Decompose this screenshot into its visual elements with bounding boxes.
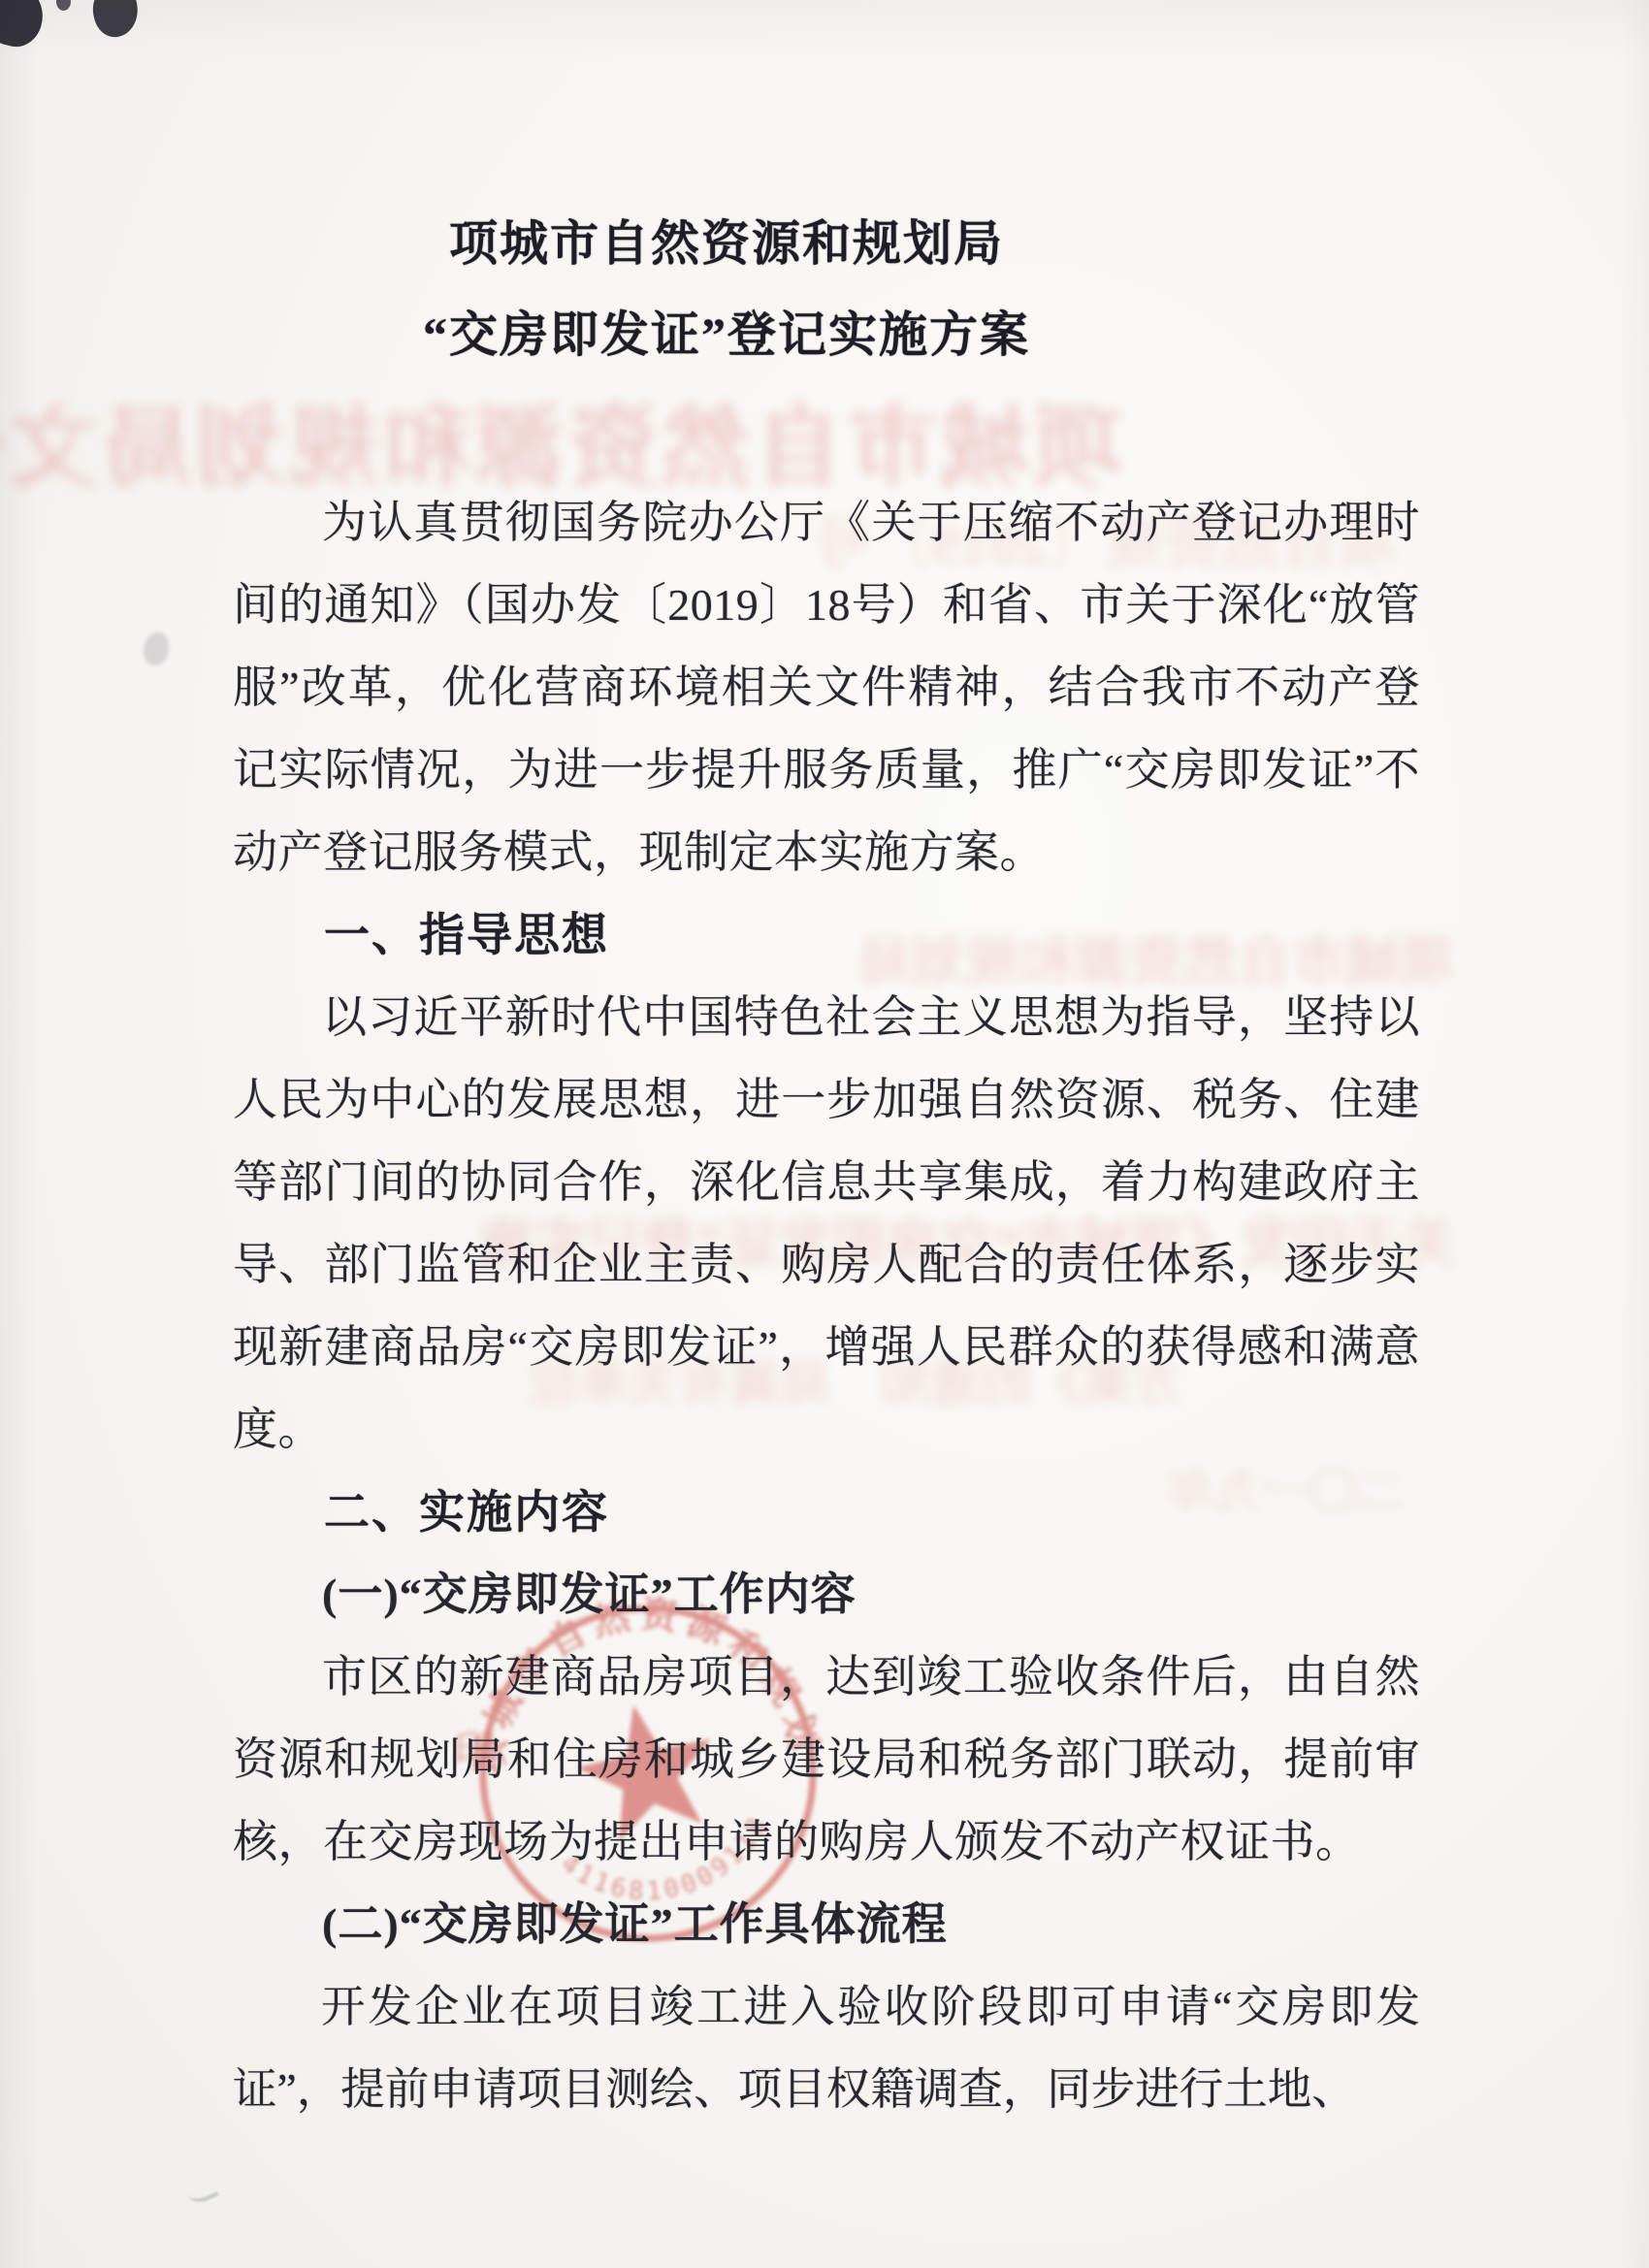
paragraph: 市区的新建商品房项目，达到竣工验收条件后，由自然资源和规划局和住房和城乡建设局和… <box>233 1636 1420 1883</box>
document-title-line2: “交房即发证”登记实施方案 <box>133 297 1320 373</box>
paragraph: 为认真贯彻国务院办公厅《关于压缩不动产登记办理时间的通知》（国办发〔2019〕1… <box>233 481 1420 893</box>
section-heading: 一、指导思想 <box>233 893 1420 976</box>
scan-speck <box>144 632 169 665</box>
scan-smudge-mark <box>0 0 49 52</box>
document-content: 项城市自然资源和规划局 “交房即发证”登记实施方案 为认真贯彻国务院办公厅《关于… <box>233 0 1420 2130</box>
subsection-heading: (二)“交房即发证”工作具体流程 <box>233 1883 1420 1965</box>
scan-smudge-mark <box>89 0 143 41</box>
scanned-document-page: 项城市自然资源和规划局文件项自然资规〔2019〕号项城市自然资源和规划局关于印发… <box>0 0 1649 2268</box>
scan-smudge-mark <box>56 0 71 11</box>
document-body: 为认真贯彻国务院办公厅《关于压缩不动产登记办理时间的通知》（国办发〔2019〕1… <box>233 481 1420 2130</box>
subsection-heading: (一)“交房即发证”工作内容 <box>233 1553 1420 1636</box>
document-title-line1: 项城市自然资源和规划局 <box>133 206 1320 281</box>
paragraph: 以习近平新时代中国特色社会主义思想为指导，坚持以人民为中心的发展思想，进一步加强… <box>233 976 1420 1471</box>
scan-pencil-mark <box>182 2174 218 2207</box>
section-heading: 二、实施内容 <box>233 1471 1420 1553</box>
paragraph: 开发企业在项目竣工进入验收阶段即可申请“交房即发证”，提前申请项目测绘、项目权籍… <box>233 1965 1420 2130</box>
